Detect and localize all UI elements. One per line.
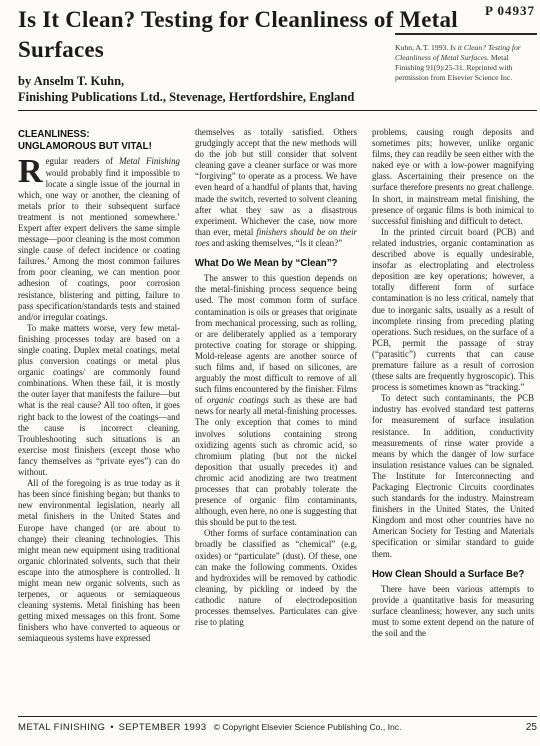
article-body-columns: CLEANLINESS:UNGLAMOROUS BUT VITAL!Regula… [18,127,534,713]
text-run: and asking themselves, “Is it clean?” [209,238,342,248]
journal-article-page: P 04937 Is It Clean? Testing for Cleanli… [0,0,540,746]
text-run: All of the foregoing is as true today as… [18,478,180,643]
byline-affiliation: Finishing Publications Ltd., Stevenage, … [18,89,354,105]
text-run: In the printed circuit board (PCB) and r… [372,227,534,392]
byline-author: by Anselm T. Kuhn, [18,73,354,89]
text-run: To make matters worse, very few metal-fi… [18,323,180,477]
italic-text-run: organic coatings [207,395,269,405]
body-paragraph: problems, causing rough deposits and som… [372,127,534,227]
italic-text-run: Metal Finishing [119,156,180,166]
footer-divider-rule [18,716,537,717]
page-footer: METAL FINISHING • SEPTEMBER 1993 © Copyr… [18,722,537,733]
accession-stamp: P 04937 [485,3,535,19]
text-run: Other forms of surface contamination can… [195,528,357,627]
title-line-1: Is It Clean? Testing for Cleanliness of … [18,7,458,32]
footer-copyright: © Copyright Elsevier Science Publishing … [214,722,402,732]
footer-issue-date: SEPTEMBER 1993 [119,722,207,733]
title-line-2: Surfaces [18,37,104,62]
body-paragraph: themselves as totally satisfied. Others … [195,127,357,249]
body-paragraph: Regular readers of Metal Finishing would… [18,156,180,322]
text-run: The answer to this question depends on t… [195,273,357,405]
body-paragraph: The answer to this question depends on t… [195,273,357,528]
text-run: To detect such contaminants, the PCB ind… [372,393,534,558]
body-paragraph: To make matters worse, very few metal-fi… [18,323,180,478]
citation-box: Kuhn, A.T. 1993. Is it Clean? Testing fo… [395,33,537,83]
body-paragraph: To detect such contaminants, the PCB ind… [372,393,534,559]
text-run: themselves as totally satisfied. Others … [195,127,357,237]
text-run: There have been various attempts to prov… [372,584,534,638]
text-column-3: problems, causing rough deposits and som… [372,127,534,713]
text-run: problems, causing rough deposits and som… [372,127,534,226]
text-run: Kuhn, A.T. 1993. [395,43,450,52]
text-column-2: themselves as totally satisfied. Others … [195,127,357,713]
body-paragraph: There have been various attempts to prov… [372,584,534,639]
body-paragraph: In the printed circuit board (PCB) and r… [372,227,534,393]
section-heading: How Clean Should a Surface Be? [372,569,534,581]
body-paragraph: Other forms of surface contamination can… [195,528,357,628]
page-number: 25 [526,722,537,733]
section-heading: CLEANLINESS:UNGLAMOROUS BUT VITAL! [18,129,180,153]
section-heading: What Do We Mean by “Clean”? [195,258,357,270]
text-run: such as these are bad news for nearly al… [195,395,357,527]
text-run: egular readers of [46,156,120,166]
drop-cap: R [18,156,46,186]
byline: by Anselm T. Kuhn, Finishing Publication… [18,73,354,105]
text-column-1: CLEANLINESS:UNGLAMOROUS BUT VITAL!Regula… [18,127,180,713]
header-divider-rule [18,110,537,111]
body-paragraph: All of the foregoing is as true today as… [18,478,180,644]
footer-journal-name: METAL FINISHING [18,722,105,733]
footer-bullet-separator: • [110,722,113,733]
text-run: would probably find it impossible to loc… [18,168,180,322]
